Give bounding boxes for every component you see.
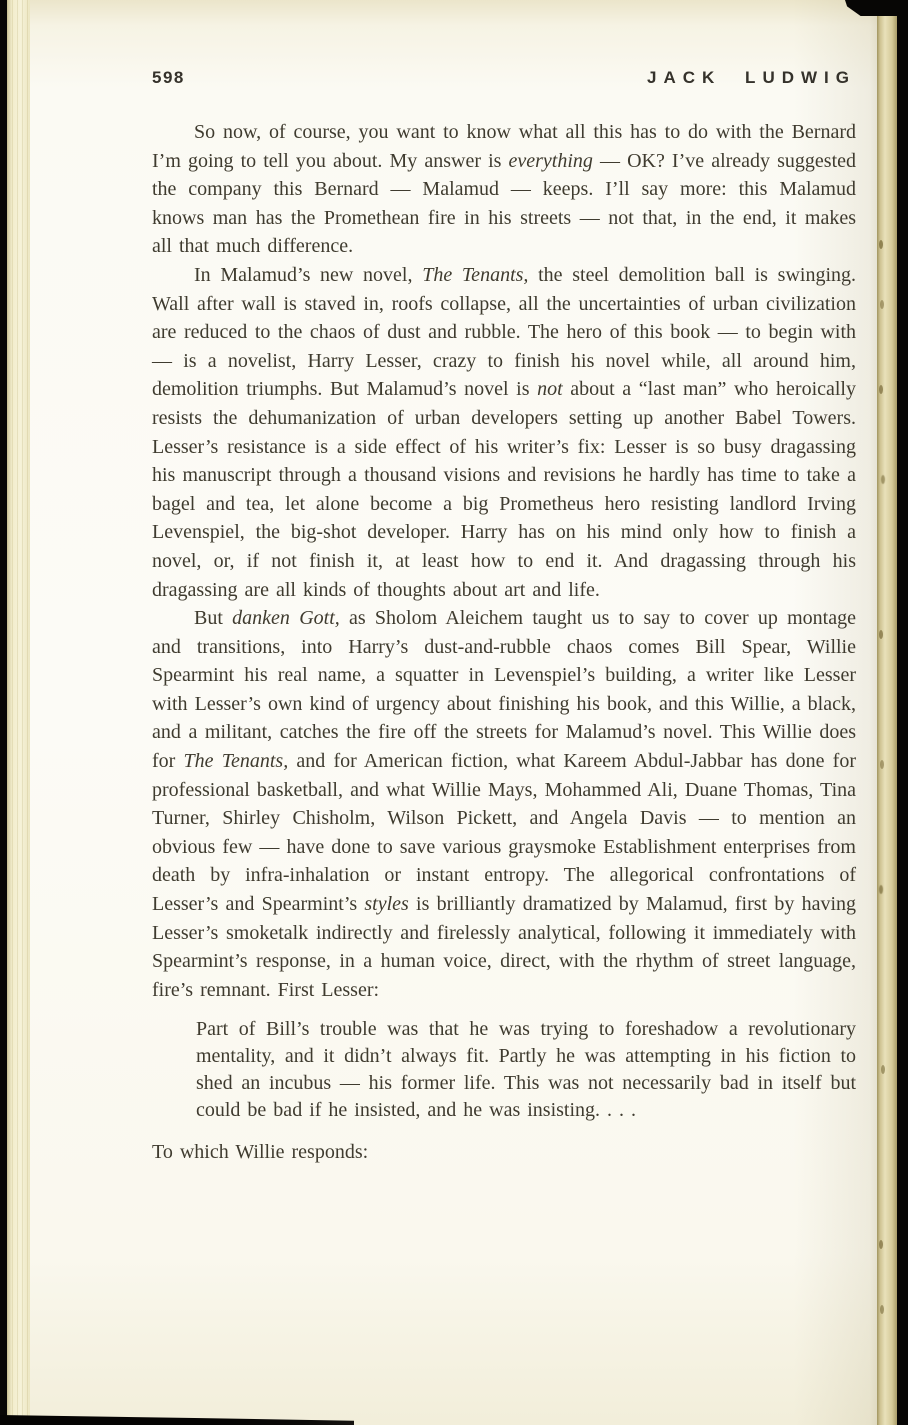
italic-text: The Tenants,	[422, 264, 528, 286]
paragraph: To which Willie responds:	[152, 1138, 856, 1167]
italic-text: everything	[509, 150, 593, 172]
italic-text: The Tenants,	[184, 750, 289, 772]
text-run: and for American fiction, what Kareem Ab…	[152, 750, 856, 915]
page-paper: 598 JACK LUDWIG So now, of course, you w…	[30, 0, 878, 1425]
page-header: 598 JACK LUDWIG	[152, 68, 856, 88]
scan-border-right	[897, 0, 908, 1425]
text-run: about a “last man” who heroically resist…	[152, 378, 856, 600]
text-run: In Malamud’s new novel,	[194, 264, 422, 286]
page-text: So now, of course, you want to know what…	[152, 118, 856, 1167]
italic-text: not	[537, 378, 563, 400]
running-head: JACK LUDWIG	[647, 68, 856, 88]
text-run: as Sholom Aleichem taught us to say to c…	[152, 607, 856, 772]
block-quote: Part of Bill’s trouble was that he was t…	[196, 1016, 856, 1124]
text-run: To which Willie responds:	[152, 1141, 368, 1163]
italic-text: styles	[364, 893, 408, 915]
text-run: Part of Bill’s trouble was that he was t…	[196, 1018, 856, 1121]
fore-edge-marks	[879, 240, 883, 249]
italic-text: danken Gott,	[232, 607, 340, 629]
paragraph: In Malamud’s new novel, The Tenants, the…	[152, 261, 856, 604]
page-edge-left	[7, 0, 30, 1425]
paragraph: So now, of course, you want to know what…	[152, 118, 856, 261]
text-run: But	[194, 607, 232, 629]
page-edge-right	[877, 0, 897, 1425]
page-number: 598	[152, 68, 185, 88]
paragraph: But danken Gott, as Sholom Aleichem taug…	[152, 604, 856, 1004]
page-content: 598 JACK LUDWIG So now, of course, you w…	[152, 68, 856, 1167]
